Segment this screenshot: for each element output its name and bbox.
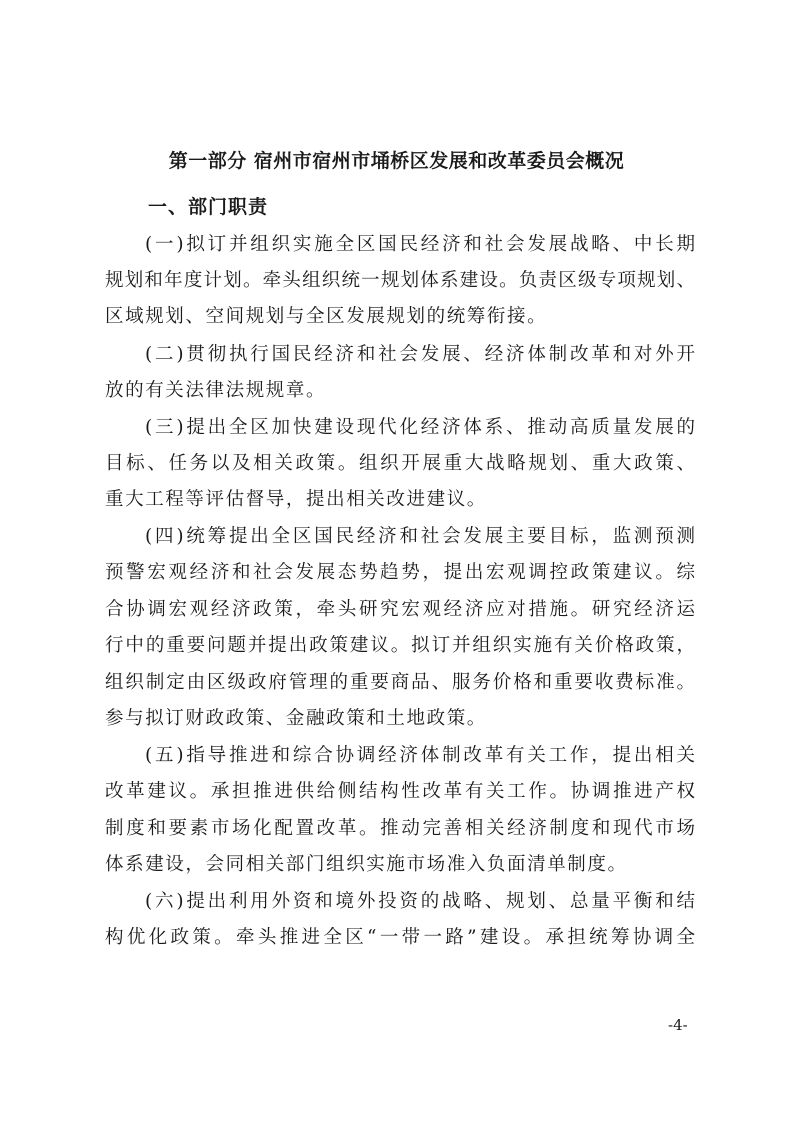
page-title: 第一部分 宿州市宿州市埇桥区发展和改革委员会概况 (0, 146, 793, 173)
paragraph-4-line-3: 合协调宏观经济政策，牵头研究宏观经济应对措施。研究经济运 (105, 597, 695, 623)
paragraph-2-line-1: (二)贯彻执行国民经济和社会发展、经济体制改革和对外开 (145, 342, 695, 368)
paragraph-5-line-1: (五)指导推进和综合协调经济体制改革有关工作，提出相关 (145, 743, 695, 769)
paragraph-4-line-2: 预警宏观经济和社会发展态势趋势，提出宏观调控政策建议。综 (105, 560, 695, 586)
paragraph-3-line-3: 重大工程等评估督导，提出相关改进建议。 (105, 487, 695, 513)
paragraph-5-line-3: 制度和要素市场化配置改革。推动完善相关经济制度和现代市场 (105, 816, 695, 842)
paragraph-1-line-2: 规划和年度计划。牵头组织统一规划体系建设。负责区级专项规划、 (105, 268, 695, 294)
paragraph-5-line-4: 体系建设，会同相关部门组织实施市场准入负面清单制度。 (105, 852, 695, 878)
paragraph-5-line-2: 改革建议。承担推进供给侧结构性改革有关工作。协调推进产权 (105, 779, 695, 805)
paragraph-4-line-5: 组织制定由区级政府管理的重要商品、服务价格和重要收费标准。 (105, 670, 695, 696)
paragraph-1-line-3: 区域规划、空间规划与全区发展规划的统筹衔接。 (105, 304, 695, 330)
paragraph-1-line-1: (一)拟订并组织实施全区国民经济和社会发展战略、中长期 (145, 232, 695, 258)
paragraph-3-line-1: (三)提出全区加快建设现代化经济体系、推动高质量发展的 (145, 415, 695, 441)
paragraph-4-line-1: (四)统筹提出全区国民经济和社会发展主要目标，监测预测 (145, 524, 695, 550)
paragraph-4-line-4: 行中的重要问题并提出政策建议。拟订并组织实施有关价格政策， (105, 633, 695, 659)
paragraph-6-line-2: 构优化政策。牵头推进全区“一带一路”建设。承担统筹协调全 (105, 925, 695, 951)
paragraph-3-line-2: 目标、任务以及相关政策。组织开展重大战略规划、重大政策、 (105, 451, 695, 477)
paragraph-2-line-2: 放的有关法律法规规章。 (105, 378, 695, 404)
document-page: 第一部分 宿州市宿州市埇桥区发展和改革委员会概况 一、部门职责 (一)拟订并组织… (0, 0, 793, 1122)
paragraph-6-line-1: (六)提出利用外资和境外投资的战略、规划、总量平衡和结 (145, 889, 695, 915)
paragraph-4-line-6: 参与拟订财政政策、金融政策和土地政策。 (105, 706, 695, 732)
section-heading: 一、部门职责 (148, 192, 268, 219)
page-number: -4- (668, 1016, 688, 1034)
